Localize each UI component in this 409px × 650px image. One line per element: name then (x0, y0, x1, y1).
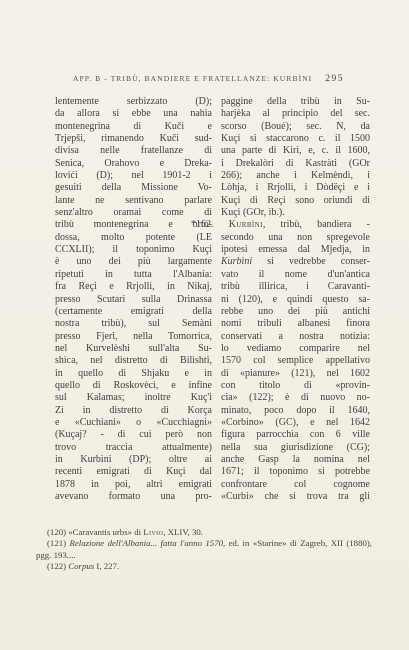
text-line: quello di Roskovèci, e infine (55, 380, 212, 392)
smallcaps-text: Kurbìni (229, 219, 263, 230)
footnote: (120) «Caravantis urbs» di Livio, XLIV, … (36, 527, 372, 538)
text-line: «Curbi» che si trova tra gli (221, 491, 370, 503)
text-segment: si vedrebbe conser- (252, 256, 370, 267)
text-line: Trjepši, rimanendo Kuči sud- (55, 133, 212, 145)
text-line: gesuiti della Missione Vo- (55, 182, 212, 194)
text-line: montenegrina di Kuči e (55, 121, 212, 133)
text-line: nel Kurvelèshi sull'alta Su- (55, 343, 212, 355)
text-line: fra Reçi e Rrjolli, in Nikaj, (55, 281, 212, 293)
text-line: lante ne sentivano parlare (55, 195, 212, 207)
text-line: CCXLII); il toponimo Kuçi (55, 244, 212, 256)
text-line: sul Kalamas; inoltre Kuç'i (55, 392, 212, 404)
text-line: tribù illirica, i Caravanti- (221, 281, 370, 293)
text-line: secondo una non spregevole (221, 232, 370, 244)
text-line: Senica, Orahovo e Dreka- (55, 158, 212, 170)
text-line: recenti emigrati di Kuçi dal (55, 466, 212, 478)
text-line: rebbe uno dei più antichi (221, 306, 370, 318)
text-line: 266); anche i Kelmèndi, i (221, 170, 370, 182)
page-header: APP. B - TRIBÙ, BANDIERE E FRATELLANZE: … (73, 74, 344, 84)
italic-text: Kurbìni (221, 256, 252, 267)
text-segment: *162. (191, 219, 229, 230)
footnote: (121) Relazione dell'Albania... fatta l'… (36, 538, 372, 561)
text-line: Kuçi (GOr, ib.). (221, 207, 370, 219)
text-line: nostra tribù), sul Semàni (55, 318, 212, 330)
italic-text: Relazione dell'Albania... fatta l'anno 1… (69, 538, 223, 548)
text-line: Kuçi si staccarono c. il 1500 (221, 133, 370, 145)
text-line: Lòhja, i Rrjolli, i Dòdëçi e i (221, 182, 370, 194)
text-line: nomi tribuli albanesi finora (221, 318, 370, 330)
text-line: (certamente emigrati della (55, 306, 212, 318)
text-line: in Kurbìni (DP); oltre ai (55, 454, 212, 466)
text-line: 1878 in poi, altri emigrati (55, 479, 212, 491)
text-segment: (120) «Caravantis urbs» di (47, 527, 143, 537)
text-line: figura parrocchìa con 6 ville (221, 429, 370, 441)
text-line: presso Fjeri, nella Tomorrica, (55, 331, 212, 343)
text-line: lentemente serbizzato (D); (55, 96, 212, 108)
text-line: shìca, nel distretto di Bilìshti, (55, 355, 212, 367)
text-line: con titolo di «provin- (221, 380, 370, 392)
text-segment: , tribù, bandiera - (263, 219, 370, 230)
text-line: 1570 col semplice appellativo (221, 355, 370, 367)
footnote: (122) Corpus I, 227. (36, 561, 372, 572)
text-line: ipotesi emessa dal Mjedja, in (221, 244, 370, 256)
text-line: harjèka al principio del sec. (221, 108, 370, 120)
text-line: minato, poco dopo il 1640, (221, 405, 370, 417)
text-line: scorso (Boué); sec. N, da (221, 121, 370, 133)
text-line: in quello di Shjaku e in (55, 368, 212, 380)
text-columns: lentemente serbizzato (D);da allora si e… (55, 96, 370, 503)
running-title: APP. B - TRIBÙ, BANDIERE E FRATELLANZE: … (73, 74, 312, 83)
text-line: tribù montenegrina e orto- (55, 219, 212, 231)
text-line: ripetuti in tutta l'Albania: (55, 269, 212, 281)
right-column: paggine della tribù in Su-harjèka al pri… (221, 96, 370, 503)
italic-text: Corpus (68, 561, 94, 571)
text-line: vato il nome d'un'antica (221, 269, 370, 281)
text-line: Zi in distretto di Korça (55, 405, 212, 417)
text-line: Kuçi di Reçi sono oriundi di (221, 195, 370, 207)
text-line: *162. Kurbìni, tribù, bandiera - (221, 219, 370, 231)
text-line: 1671; il toponimo si potrebbe (221, 466, 370, 478)
text-line: paggine della tribù in Su- (221, 96, 370, 108)
text-line: conservati a nostra notizia: (221, 331, 370, 343)
text-segment: (121) (47, 538, 69, 548)
text-line: di «pianure» (121), nel 1602 (221, 368, 370, 380)
text-line: i Drekalòri di Kastràti (GOr (221, 158, 370, 170)
text-line: una parte di Kiri, e, c. il 1600, (221, 145, 370, 157)
text-line: dossa, molto potente (LE (55, 232, 212, 244)
text-line: da allora si ebbe una nahìa (55, 108, 212, 120)
text-line: presso Scutari sulla Drinassa (55, 294, 212, 306)
text-line: confrontare col cognome (221, 479, 370, 491)
text-line: anche Gasp la nomina nel (221, 454, 370, 466)
text-line: «Corbino» (GC), e nel 1642 (221, 417, 370, 429)
text-segment: I, 227. (94, 561, 119, 571)
text-line: ni (120), e quindi questo sa- (221, 294, 370, 306)
footnotes: (120) «Caravantis urbs» di Livio, XLIV, … (36, 527, 372, 573)
left-column: lentemente serbizzato (D);da allora si e… (55, 96, 212, 503)
text-line: cia» (122); è di nuovo no- (221, 392, 370, 404)
text-segment: , XLIV, 30. (163, 527, 203, 537)
text-line: Kurbìni si vedrebbe conser- (221, 256, 370, 268)
text-line: trovo traccia attualmente) (55, 442, 212, 454)
text-line: avevano formato una pro- (55, 491, 212, 503)
book-page: APP. B - TRIBÙ, BANDIERE E FRATELLANZE: … (0, 0, 409, 650)
text-line: e «Cuchiani» o «Cucchiagni» (55, 417, 212, 429)
smallcaps-text: Livio (143, 527, 163, 537)
text-line: (Kuçaj? - di cui però non (55, 429, 212, 441)
text-line: divisa nelle fratellanze di (55, 145, 212, 157)
text-line: nella sua giurisdizione (CG); (221, 442, 370, 454)
text-line: è uno dei più largamente (55, 256, 212, 268)
page-number: 295 (325, 74, 344, 84)
text-line: lovići (D); nel 1901-2 i (55, 170, 212, 182)
text-line: senz'altro oramai come di (55, 207, 212, 219)
text-line: lo vediamo comparire nel (221, 343, 370, 355)
text-segment: (122) (47, 561, 68, 571)
